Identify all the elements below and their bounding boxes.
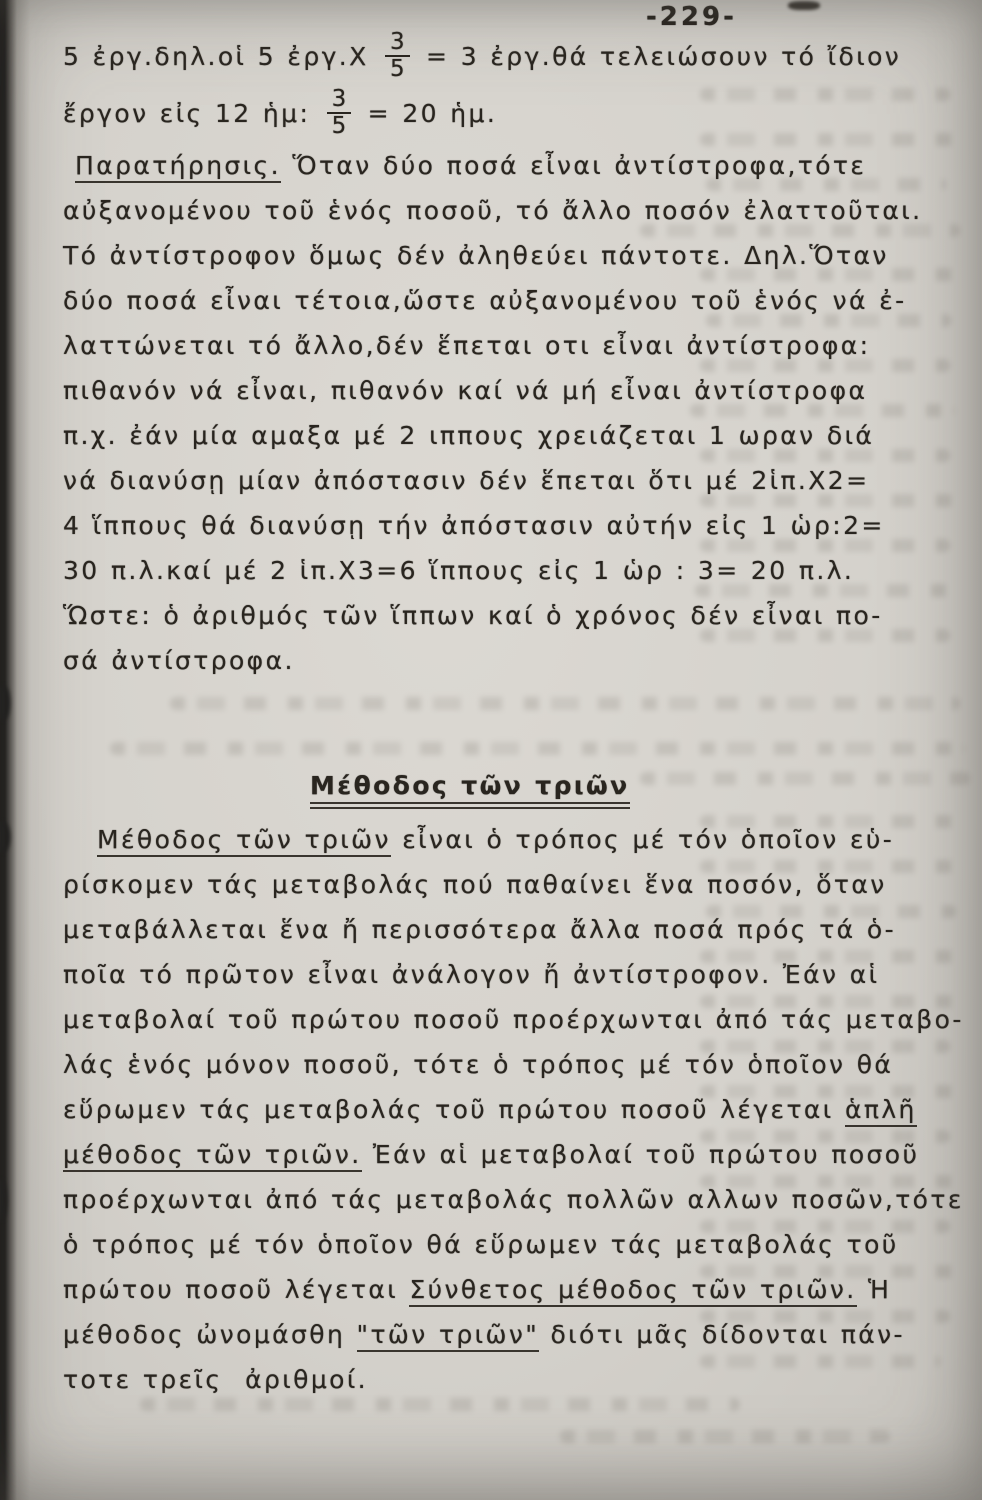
text-line: ποῖα τό πρῶτον εἶναι ἀνάλογον ἤ ἀντίστρο…: [63, 952, 944, 997]
document-body: 5 ἐργ.δηλ.οἱ 5 ἐργ.Χ 35 = 3 ἐργ.θά τελει…: [63, 28, 944, 1402]
text-segment: πρώτου ποσοῦ λέγεται: [63, 1275, 409, 1304]
text-line: 4 ἵππους θά διανύσῃ τήν ἀπόστασιν αὐτήν …: [63, 503, 944, 548]
text-segment: σά ἀντίστροφα.: [63, 646, 295, 675]
text-line: μέθοδος τῶν τριῶν. Ἐάν αἱ μεταβολαί τοῦ …: [63, 1132, 944, 1177]
text-line: μέθοδος ὠνομάσθη "τῶν τριῶν" διότι μᾶς δ…: [63, 1312, 944, 1357]
section-heading: Μέθοδος τῶν τριῶν: [310, 767, 944, 817]
text-segment: ρίσκομεν τάς μεταβολάς πού παθαίνει ἕνα …: [63, 870, 887, 899]
text-line: λάς ἑνός μόνον ποσοῦ, τότε ὁ τρόπος μέ τ…: [63, 1042, 944, 1087]
text-segment: διότι μᾶς δίδονται πάν-: [539, 1320, 905, 1349]
ink-speck: [788, 1, 820, 10]
scanned-page: { "page": { "number": "-229-" }, "colors…: [0, 0, 982, 1500]
text-line: αὐξανομένου τοῦ ἑνός ποσοῦ, τό ἄλλο ποσό…: [63, 188, 944, 233]
text-segment: ἔργον εἰς 12 ἡμ:: [63, 99, 322, 128]
underlined-text: μέθοδος τῶν τριῶν.: [63, 1140, 362, 1172]
text-line: δύο ποσά εἶναι τέτοια,ὥστε αὐξανομένου τ…: [63, 278, 944, 323]
text-line: π.χ. ἐάν μία αμαξα μέ 2 ιππους χρειάζετα…: [63, 413, 944, 458]
text-segment: τοτε τρεῖς ἀριθμοί.: [63, 1365, 368, 1394]
text-line: Τό ἀντίστροφον ὅμως δέν ἀληθεύει πάντοτε…: [63, 233, 944, 278]
fraction-denominator: 5: [385, 57, 410, 81]
text-line: ἔργον εἰς 12 ἡμ: 35 = 20 ἡμ.: [63, 85, 944, 143]
text-segment: Τό ἀντίστροφον ὅμως δέν ἀληθεύει πάντοτε…: [63, 241, 889, 270]
text-line: Ὥστε: ὁ ἀριθμός τῶν ἵππων καί ὁ χρόνος δ…: [63, 593, 944, 638]
text-segment: εἶναι ὁ τρόπος μέ τόν ὁποῖον εὑ-: [391, 825, 894, 854]
text-line: προέρχωνται ἀπό τάς μεταβολάς πολλῶν αλλ…: [63, 1177, 944, 1222]
text-line: τοτε τρεῖς ἀριθμοί.: [63, 1357, 944, 1402]
text-line: ὁ τρόπος μέ τόν ὁποῖον θά εὕρωμεν τάς με…: [63, 1222, 944, 1267]
text-segment: μέθοδος ὠνομάσθη: [63, 1320, 357, 1349]
book-spine-shadow: [0, 0, 30, 1500]
text-segment: λαττώνεται τό ἄλλο,δέν ἕπεται οτι εἶναι …: [63, 331, 870, 360]
text-line: Παρατήρησις. Ὅταν δύο ποσά εἶναι ἀντίστρ…: [63, 143, 944, 188]
text-segment: ὁ τρόπος μέ τόν ὁποῖον θά εὕρωμεν τάς με…: [63, 1230, 899, 1259]
text-segment: 4 ἵππους θά διανύσῃ τήν ἀπόστασιν αὐτήν …: [63, 511, 885, 540]
fraction-numerator: 3: [327, 88, 352, 114]
text-segment: λάς ἑνός μόνον ποσοῦ, τότε ὁ τρόπος μέ τ…: [63, 1050, 893, 1079]
text-segment: 30 π.λ.καί μέ 2 ἱπ.Χ3=6 ἵππους εἰς 1 ὡρ …: [63, 556, 854, 585]
underlined-text: Μέθοδος τῶν τριῶν: [97, 825, 391, 857]
paper-background: -229- 5 ἐργ.δηλ.οἱ 5 ἐργ.Χ 35 = 3 ἐργ.θά…: [0, 0, 982, 1500]
text-segment: Ἡ: [857, 1275, 892, 1304]
text-line: 5 ἐργ.δηλ.οἱ 5 ἐργ.Χ 35 = 3 ἐργ.θά τελει…: [63, 28, 944, 85]
text-line: ρίσκομεν τάς μεταβολάς πού παθαίνει ἕνα …: [63, 862, 944, 907]
fraction: 35: [385, 31, 410, 82]
text-segment: 5 ἐργ.δηλ.οἱ 5 ἐργ.Χ: [63, 42, 380, 71]
text-segment: πιθανόν νά εἶναι, πιθανόν καί νά μή εἶνα…: [63, 376, 867, 405]
text-segment: μεταβολαί τοῦ πρώτου ποσοῦ προέρχωνται ἀ…: [63, 1005, 964, 1034]
text-segment: ποῖα τό πρῶτον εἶναι ἀνάλογον ἤ ἀντίστρο…: [63, 960, 879, 989]
text-line: 30 π.λ.καί μέ 2 ἱπ.Χ3=6 ἵππους εἰς 1 ὡρ …: [63, 548, 944, 593]
underlined-text: "τῶν τριῶν": [357, 1320, 540, 1352]
text-segment: νά διανύσῃ μίαν ἀπόστασιν δέν ἕπεται ὅτι…: [63, 466, 869, 495]
text-line: σά ἀντίστροφα.: [63, 638, 944, 683]
underlined-text: ἁπλῆ: [845, 1095, 917, 1127]
underlined-text: Παρατήρησις.: [75, 151, 281, 183]
text-segment: Ἐάν αἱ μεταβολαί τοῦ πρώτου ποσοῦ: [362, 1140, 920, 1169]
fraction-denominator: 5: [327, 114, 352, 138]
text-segment: αὐξανομένου τοῦ ἑνός ποσοῦ, τό ἄλλο ποσό…: [63, 196, 923, 225]
text-line: μεταβάλλεται ἕνα ἤ περισσότερα ἄλλα ποσά…: [63, 907, 944, 952]
text-segment: δύο ποσά εἶναι τέτοια,ὥστε αὐξανομένου τ…: [63, 286, 907, 315]
text-segment: προέρχωνται ἀπό τάς μεταβολάς πολλῶν αλλ…: [63, 1185, 964, 1214]
text-line: νά διανύσῃ μίαν ἀπόστασιν δέν ἕπεται ὅτι…: [63, 458, 944, 503]
text-line: λαττώνεται τό ἄλλο,δέν ἕπεται οτι εἶναι …: [63, 323, 944, 368]
text-segment: Ὅταν δύο ποσά εἶναι ἀντίστροφα,τότε: [281, 151, 866, 180]
text-line: Μέθοδος τῶν τριῶν εἶναι ὁ τρόπος μέ τόν …: [63, 817, 944, 862]
underlined-text: Μέθοδος τῶν τριῶν: [310, 771, 630, 809]
fraction-numerator: 3: [385, 31, 410, 57]
text-segment: μεταβάλλεται ἕνα ἤ περισσότερα ἄλλα ποσά…: [63, 915, 896, 944]
text-line: πρώτου ποσοῦ λέγεται Σύνθετος μέθοδος τῶ…: [63, 1267, 944, 1312]
bleedthrough-smudge: [560, 1430, 890, 1443]
text-line: εὕρωμεν τάς μεταβολάς τοῦ πρώτου ποσοῦ λ…: [63, 1087, 944, 1132]
text-line: μεταβολαί τοῦ πρώτου ποσοῦ προέρχωνται ἀ…: [63, 997, 944, 1042]
text-segment: = 3 ἐργ.θά τελειώσουν τό ἴδιον: [415, 42, 902, 71]
text-segment: π.χ. ἐάν μία αμαξα μέ 2 ιππους χρειάζετα…: [63, 421, 874, 450]
text-segment: = 20 ἡμ.: [356, 99, 497, 128]
text-segment: εὕρωμεν τάς μεταβολάς τοῦ πρώτου ποσοῦ λ…: [63, 1095, 845, 1124]
text-segment: Ὥστε: ὁ ἀριθμός τῶν ἵππων καί ὁ χρόνος δ…: [63, 601, 883, 630]
fraction: 35: [327, 88, 352, 139]
underlined-text: Σύνθετος μέθοδος τῶν τριῶν.: [409, 1275, 856, 1307]
text-line: πιθανόν νά εἶναι, πιθανόν καί νά μή εἶνα…: [63, 368, 944, 413]
